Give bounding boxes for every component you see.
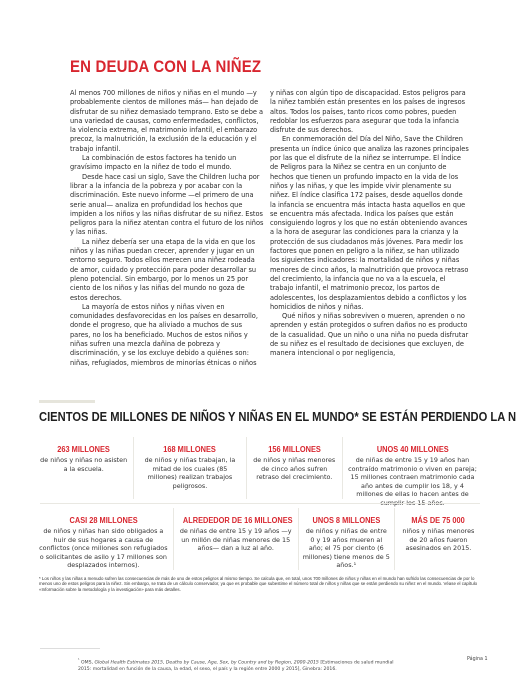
stat-card: ALREDEDOR DE 16 MILLONES de niñas de ent…: [173, 508, 298, 570]
stat-card: 263 MILLONES de niños y niñas no asisten…: [34, 437, 133, 499]
stat-figure: UNOS 40 MILLONES: [377, 444, 449, 454]
stat-figure: 168 MILLONES: [164, 444, 217, 454]
stat-card: UNOS 40 MILLONES de niñas de entre 15 y …: [342, 437, 482, 499]
body-left-column: Al menos 700 millones de niños y niñas e…: [70, 89, 264, 368]
stat-figure: UNOS 8 MILLONES: [312, 515, 380, 525]
stat-text: de niños y niñas han sido obligados a hu…: [34, 527, 173, 570]
row-divider: [40, 503, 480, 504]
stat-text: de niños y niñas trabajan, la mitad de l…: [134, 456, 245, 490]
stat-text: de niños y niñas de entre 0 y 19 años mu…: [299, 527, 394, 570]
stat-figure: ALREDEDOR DE 16 MILLONES: [183, 515, 293, 525]
stat-card: UNOS 8 MILLONES de niños y niñas de entr…: [298, 508, 394, 570]
stats-footnote: * Los niños y las niñas a menudo sufren …: [39, 576, 484, 592]
stats-heading: CIENTOS DE MILLONES DE NIÑOS Y NIÑAS EN …: [39, 409, 516, 424]
body-right-column: y niñas con algún tipo de discapacidad. …: [270, 89, 470, 359]
stat-card: CASI 28 MILLONES de niños y niñas han si…: [34, 508, 173, 570]
paragraph: En conmemoración del Día del Niño, Save …: [270, 135, 470, 312]
stat-text: de niños y niñas menores de cinco años s…: [247, 456, 342, 482]
stat-card: 156 MILLONES de niños y niñas menores de…: [246, 437, 342, 499]
paragraph: La niñez debería ser una etapa de la vid…: [70, 238, 264, 303]
stat-text: niños y niñas menores de 20 años fueron …: [395, 527, 482, 553]
paragraph: La mayoría de estos niños y niñas viven …: [70, 303, 264, 368]
stat-figure: 263 MILLONES: [57, 444, 110, 454]
paragraph: Desde hace casi un siglo, Save the Child…: [70, 173, 264, 238]
page-number: Página 1: [467, 657, 488, 662]
page-title: EN DEUDA CON LA NIÑEZ: [70, 57, 261, 77]
source-org: OMS,: [81, 661, 94, 666]
source-title: Global Health Estimates 2015, Deaths by …: [94, 661, 318, 666]
footnote-marker: ¹: [78, 657, 80, 662]
stat-figure: MÁS DE 75 000: [412, 515, 465, 525]
stats-row-2: CASI 28 MILLONES de niños y niñas han si…: [34, 508, 482, 570]
stat-figure: CASI 28 MILLONES: [69, 515, 137, 525]
stat-text: de niños y niñas no asisten a la escuela…: [34, 456, 133, 473]
stat-text: de niñas de entre 15 y 19 años —y un mil…: [174, 527, 298, 553]
paragraph: La combinación de estos factores ha teni…: [70, 154, 264, 173]
stat-figure: 156 MILLONES: [268, 444, 321, 454]
paragraph: Qué niños y niñas sobreviven o mueren, a…: [270, 312, 470, 358]
stat-card: 168 MILLONES de niños y niñas trabajan, …: [133, 437, 245, 499]
paragraph: Al menos 700 millones de niños y niñas e…: [70, 89, 264, 154]
stat-text: de niñas de entre 15 y 19 años han contr…: [343, 456, 482, 508]
stat-card: MÁS DE 75 000 niños y niñas menores de 2…: [394, 508, 482, 570]
source-footnote: ¹ OMS, Global Health Estimates 2015, Dea…: [78, 657, 408, 673]
paragraph: y niñas con algún tipo de discapacidad. …: [270, 89, 470, 135]
stats-row-1: 263 MILLONES de niños y niñas no asisten…: [34, 437, 482, 499]
footnote-divider: [40, 648, 100, 649]
section-divider: [39, 400, 95, 403]
